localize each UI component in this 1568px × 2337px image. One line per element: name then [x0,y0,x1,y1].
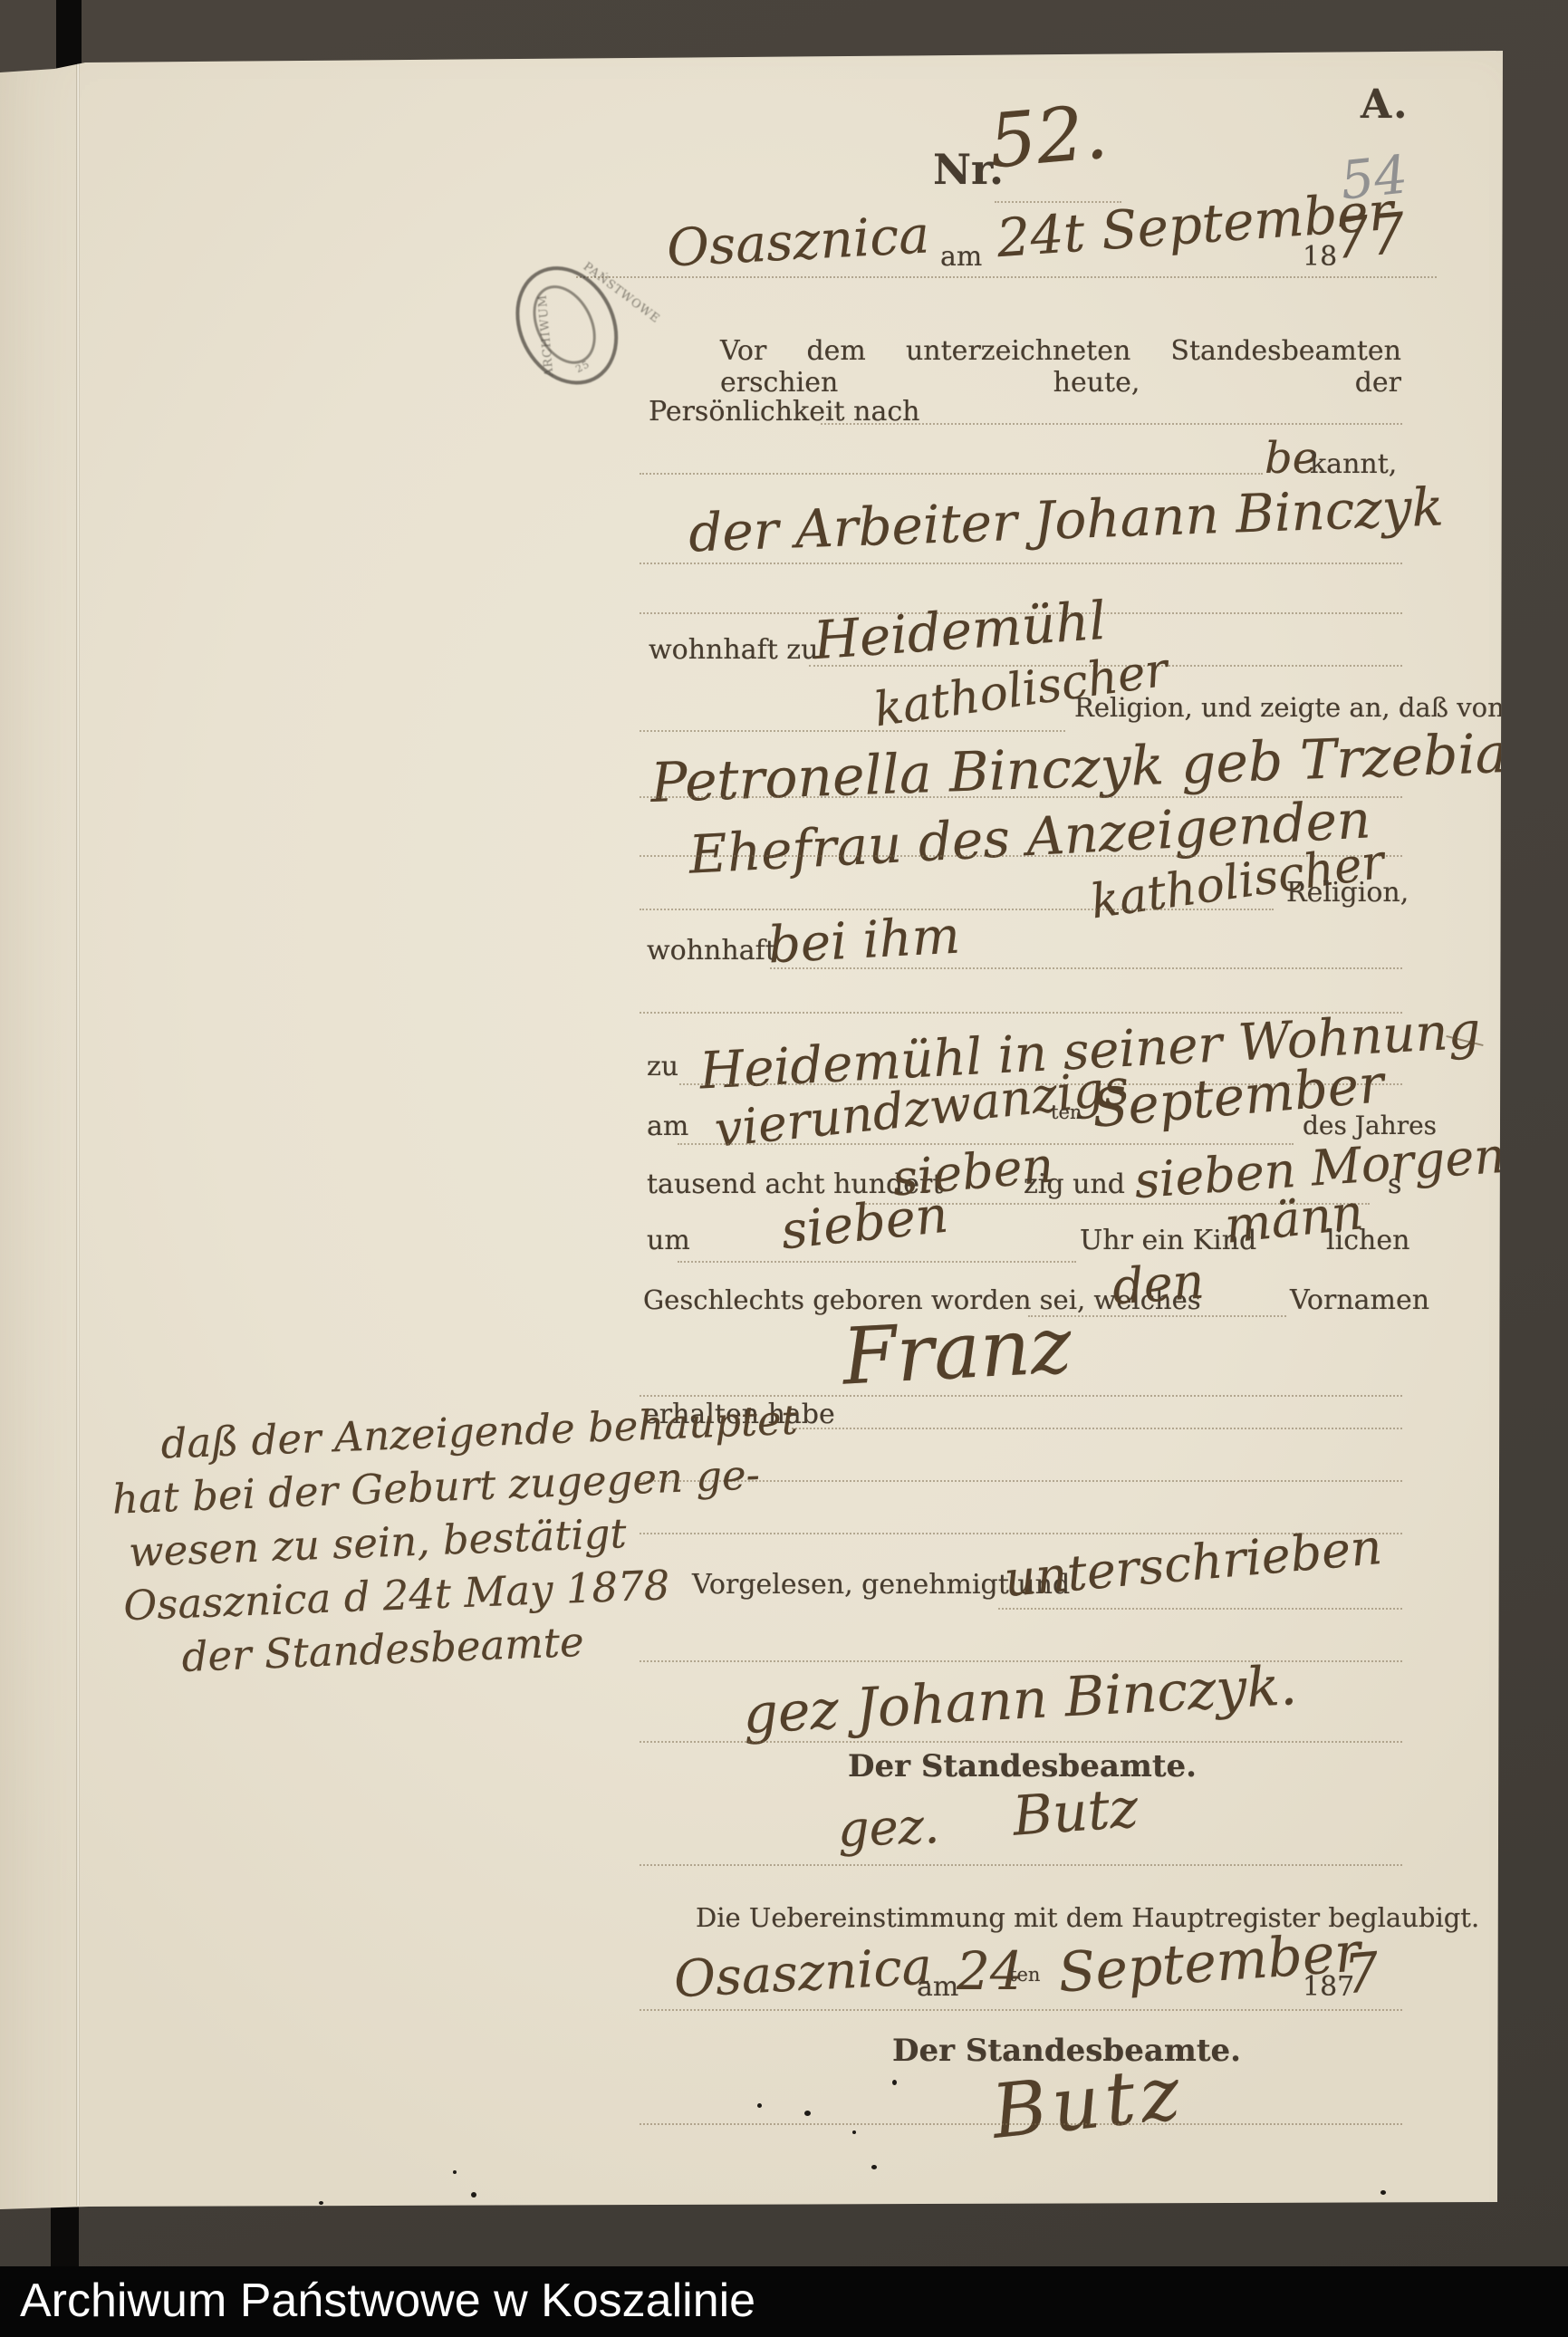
dotted-rule [998,1608,1402,1610]
dotted-rule [821,423,1402,425]
dotted-rule [640,563,1402,564]
ink-speck [892,2080,897,2085]
ink-speck [871,2165,877,2169]
timeline-printed2: lichen [1326,1225,1409,1256]
dotted-rule [770,967,1402,969]
archive-caption: Archiwum Państwowe w Koszalinie [0,2266,1568,2335]
timeline-um: um [647,1225,690,1256]
birthdate-ten-printed: ten [1051,1101,1082,1123]
form-letter-a: A. [1361,82,1409,128]
religion2-printed: Religion, [1286,877,1409,909]
ink-speck [804,2111,811,2116]
dotted-rule [640,1864,1402,1866]
ink-speck [1380,2190,1386,2195]
birthdate-am: am [647,1111,688,1142]
yearline-printed2: zig und [1024,1168,1125,1200]
dotted-rule [640,2123,1402,2125]
dotted-rule [792,1428,1402,1429]
dotted-rule [640,2009,1402,2011]
declarant-signature: gez Johann Binczyk. [742,1654,1299,1746]
religion1-printed: Religion, und zeigte an, daß von der [1074,692,1558,723]
registrar-label: Der Standesbeamte. [848,1748,1197,1784]
margin-annotation: daß der Anzeigende behauptet hat bei der… [110,1399,627,1686]
birthplace-printed: zu [647,1051,678,1082]
declarant-name: der Arbeiter Johann Binczyk [688,476,1445,563]
ink-speck [757,2103,762,2108]
closing-handwritten: unterschrieben [1002,1518,1384,1608]
cert-am-printed: am [917,1971,958,2003]
ink-speck [852,2130,856,2134]
intro-line: Vor dem unterzeichneten Standesbeamten e… [720,335,1401,399]
printed-year-prefix: 18 [1303,241,1337,273]
child-firstname: Franz [841,1300,1074,1402]
sexline-article-handwritten: den [1111,1253,1206,1316]
certification-line: Die Uebereinstimmung mit dem Hauptregist… [696,1902,1479,1933]
registrar-gez: gez. [837,1797,940,1858]
ink-speck [453,2170,457,2174]
residence2-handwritten: bei ihm [766,907,961,976]
residence-printed: wohnhaft zu [649,634,818,666]
dotted-rule [678,1261,1076,1263]
residence2-printed: wohnhaft [647,935,776,967]
certificate-page: A. 54 Nr. 52. Osasznica am 24t September… [0,0,1568,2337]
cert-ten-printed: ten [1009,1964,1040,1986]
day-value: 24t [995,202,1087,270]
printed-am: am [940,241,982,273]
sexline-printed2: Vornamen [1290,1284,1429,1316]
known-printed: kannt, [1310,448,1397,480]
archive-caption-bar: Archiwum Państwowe w Koszalinie [0,2266,1568,2337]
ink-speck [471,2192,476,2198]
ink-speck [319,2201,323,2205]
dotted-rule [576,276,1437,278]
year-handwritten: 77 [1331,200,1408,273]
dotted-rule [640,473,1263,475]
archive-oval-stamp: ARCHIWUM PAŃSTWOWE 25 [483,242,649,408]
cert-place-handwritten: Osasznica [672,1938,933,2010]
dotted-rule [640,1741,1402,1743]
cert-year-handwritten: 7 [1342,1940,1381,2006]
registrar-signature: Butz [1011,1776,1140,1848]
place-name-handwritten: Osasznica [665,205,930,278]
yearline-printed3: s [1388,1168,1401,1200]
dotted-rule [640,730,1065,732]
scanned-document-view: A. 54 Nr. 52. Osasznica am 24t September… [0,0,1568,2337]
page-fold-crease [76,63,80,2206]
record-number-value: 52. [986,89,1111,185]
